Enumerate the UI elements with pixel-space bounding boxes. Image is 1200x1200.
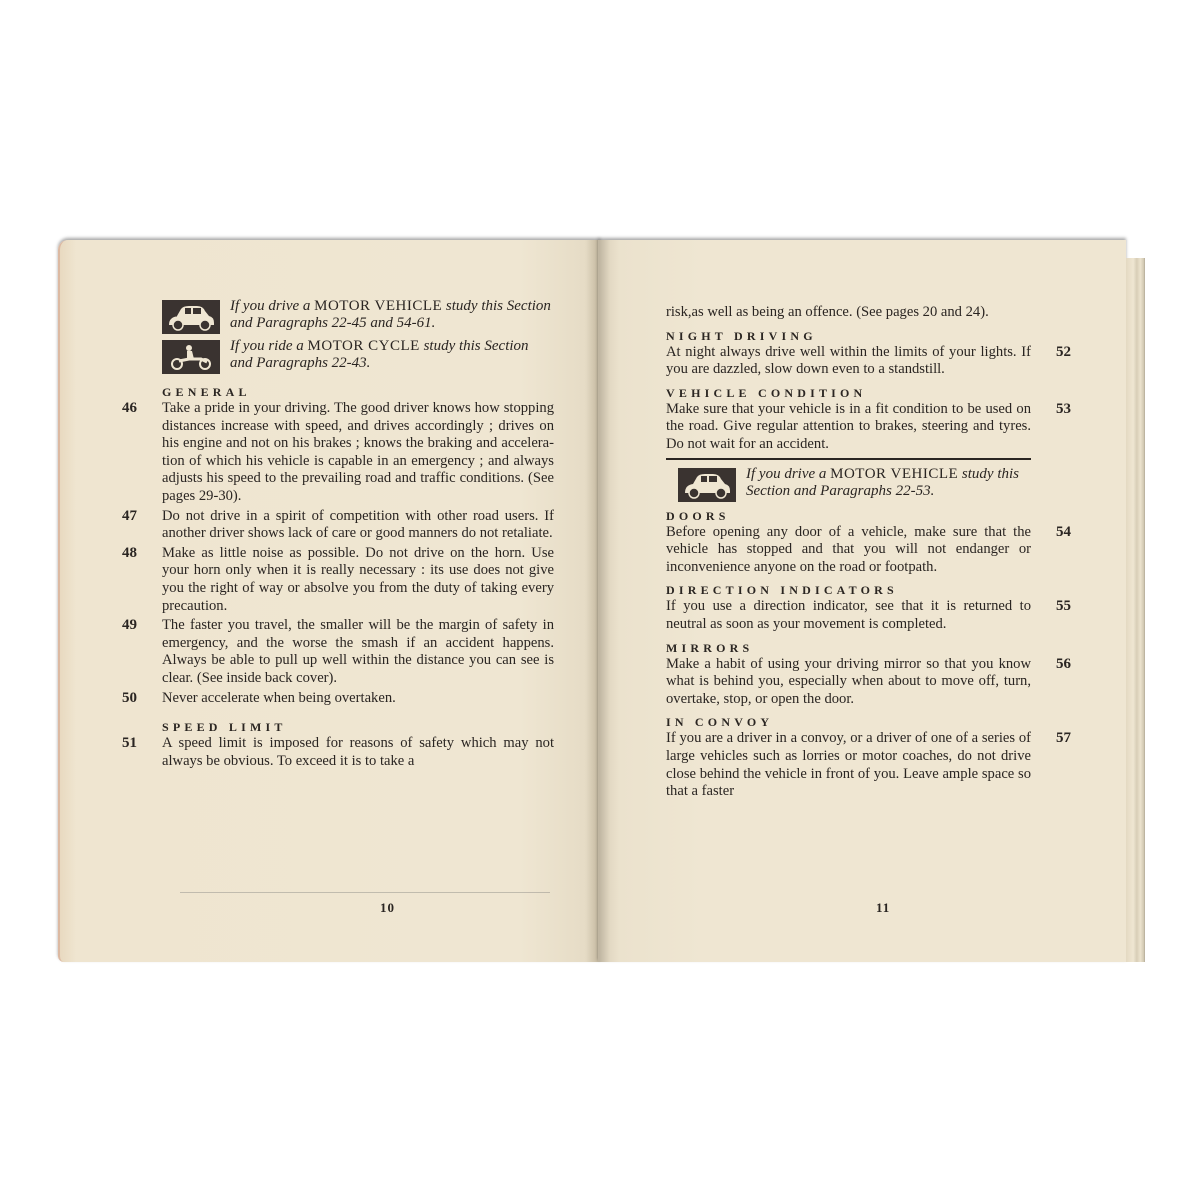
section-heading-direction-indicators: DIRECTION INDICATORS bbox=[666, 582, 1031, 598]
car-icon bbox=[678, 468, 736, 502]
paragraph-52: 52 At night always drive well within the… bbox=[666, 344, 1031, 379]
paragraph-number: 48 bbox=[122, 545, 137, 563]
paragraph-number: 49 bbox=[122, 617, 137, 635]
paragraph-text: Before opening any door of a vehicle, ma… bbox=[666, 524, 1031, 575]
page-number: 11 bbox=[876, 900, 890, 916]
paragraph-number: 53 bbox=[1056, 401, 1071, 419]
paragraph-number: 52 bbox=[1056, 344, 1071, 362]
paragraph-text: Make as little noise as possible. Do not… bbox=[162, 545, 554, 614]
study-note-text: If you drive a MOTOR VEHICLE study this … bbox=[746, 466, 1031, 500]
left-page-column: If you drive a MOTOR VEHICLE study this … bbox=[162, 298, 554, 770]
paragraph-54: 54 Before opening any door of a vehicle,… bbox=[666, 524, 1031, 577]
paragraph-number: 56 bbox=[1056, 656, 1071, 674]
motorcycle-icon bbox=[162, 340, 220, 374]
section-divider bbox=[666, 458, 1031, 460]
right-page-column: risk,as well as being an offence. (See p… bbox=[666, 304, 1031, 801]
page-edges bbox=[1126, 258, 1145, 962]
section-heading-general: GENERAL bbox=[162, 384, 554, 400]
section-heading-doors: DOORS bbox=[666, 508, 1031, 524]
paragraph-text: A speed limit is imposed for reasons of … bbox=[162, 735, 554, 769]
paragraph-56: 56 Make a habit of using your driving mi… bbox=[666, 656, 1031, 709]
study-note-text: If you ride a MOTOR CYCLE study this Sec… bbox=[230, 338, 554, 372]
paragraph-55: 55 If you use a direction indicator, see… bbox=[666, 598, 1031, 633]
paragraph-46: 46 Take a pride in your driving. The goo… bbox=[162, 400, 554, 506]
page-number: 10 bbox=[380, 900, 395, 916]
section-heading-speed-limit: SPEED LIMIT bbox=[162, 719, 554, 735]
paragraph-57: 57 If you are a driver in a convoy, or a… bbox=[666, 730, 1031, 800]
paragraph-text: Make sure that your vehicle is in a fit … bbox=[666, 401, 1031, 452]
paragraph-text: Take a pride in your driving. The good d… bbox=[162, 400, 554, 504]
study-note-motor-cycle: If you ride a MOTOR CYCLE study this Sec… bbox=[162, 338, 554, 374]
paragraph-number: 47 bbox=[122, 508, 137, 526]
book-spine bbox=[586, 240, 610, 962]
paragraph-text: If you are a driver in a convoy, or a dr… bbox=[666, 730, 1031, 799]
paragraph-49: 49 The faster you travel, the smaller wi… bbox=[162, 617, 554, 687]
continuation-text: risk,as well as being an offence. (See p… bbox=[666, 304, 1031, 322]
paragraph-number: 46 bbox=[122, 400, 137, 418]
footer-rule bbox=[180, 892, 550, 893]
car-icon bbox=[162, 300, 220, 334]
left-page: If you drive a MOTOR VEHICLE study this … bbox=[58, 240, 600, 962]
paragraph-53: 53 Make sure that your vehicle is in a f… bbox=[666, 401, 1031, 454]
study-note-text: If you drive a MOTOR VEHICLE study this … bbox=[230, 298, 554, 332]
paragraph-text: At night always drive well within the li… bbox=[666, 344, 1031, 378]
section-heading-mirrors: MIRRORS bbox=[666, 640, 1031, 656]
paragraph-number: 57 bbox=[1056, 730, 1071, 748]
paragraph-text: Make a habit of using your driving mirro… bbox=[666, 656, 1031, 707]
paragraph-50: 50 Never accelerate when being overtaken… bbox=[162, 690, 554, 708]
paragraph-number: 50 bbox=[122, 690, 137, 708]
open-booklet: If you drive a MOTOR VEHICLE study this … bbox=[58, 240, 1148, 962]
right-page: risk,as well as being an offence. (See p… bbox=[598, 240, 1126, 962]
paragraph-47: 47 Do not drive in a spirit of competiti… bbox=[162, 508, 554, 543]
section-heading-night-driving: NIGHT DRIVING bbox=[666, 328, 1031, 344]
paragraph-text: Never accelerate when being overtaken. bbox=[162, 690, 396, 706]
paragraph-48: 48 Make as little noise as possible. Do … bbox=[162, 545, 554, 615]
section-heading-vehicle-condition: VEHICLE CONDITION bbox=[666, 385, 1031, 401]
study-note-motor-vehicle: If you drive a MOTOR VEHICLE study this … bbox=[666, 466, 1031, 502]
paragraph-text: If you use a direction indicator, see th… bbox=[666, 598, 1031, 632]
study-note-motor-vehicle: If you drive a MOTOR VEHICLE study this … bbox=[162, 298, 554, 334]
paragraph-number: 51 bbox=[122, 735, 137, 753]
paragraph-51: 51 A speed limit is imposed for reasons … bbox=[162, 735, 554, 770]
paragraph-text: Do not drive in a spirit of competition … bbox=[162, 508, 554, 542]
paragraph-number: 54 bbox=[1056, 524, 1071, 542]
paragraph-text: The faster you travel, the smaller will … bbox=[162, 617, 554, 686]
section-heading-in-convoy: IN CONVOY bbox=[666, 714, 1031, 730]
paragraph-number: 55 bbox=[1056, 598, 1071, 616]
